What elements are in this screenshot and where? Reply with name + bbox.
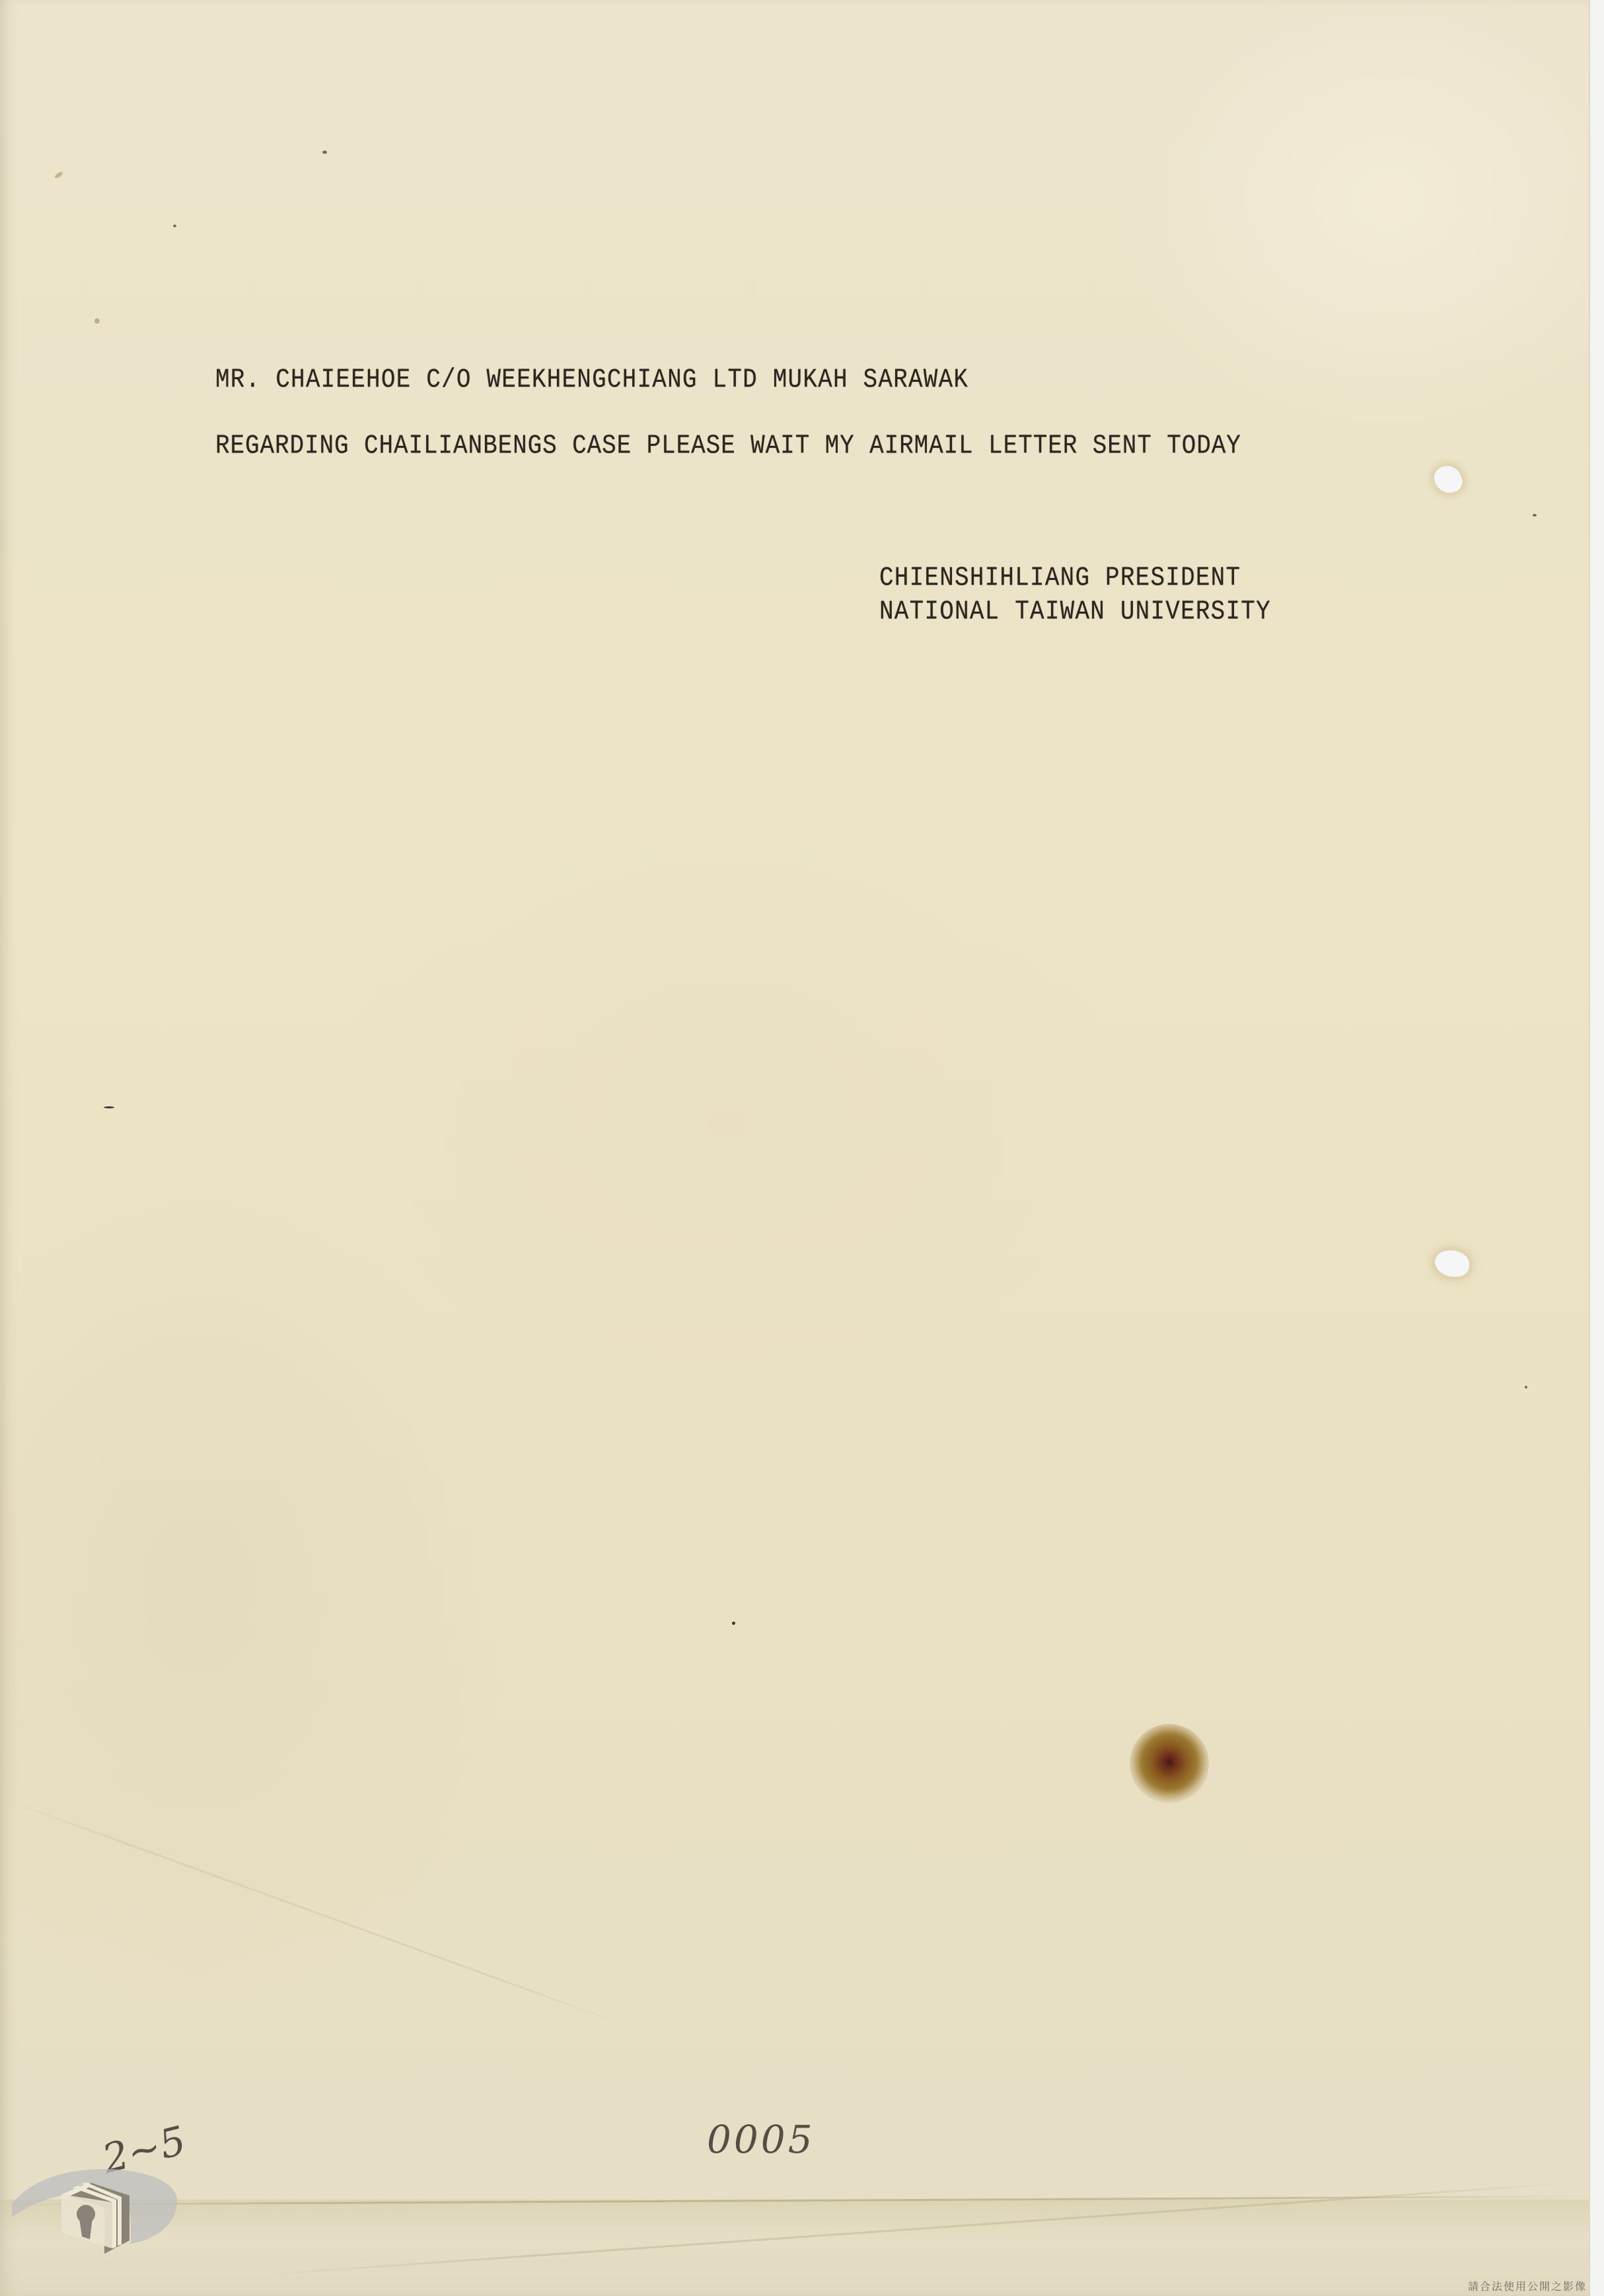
- scanned-letter-page: MR. CHAIEEHOE C/O WEEKHENGCHIANG LTD MUK…: [0, 0, 1589, 2296]
- paper-speck: [173, 225, 176, 227]
- paper-speck: [1533, 514, 1537, 517]
- message-body-line: REGARDING CHAILIANBENGS CASE PLEASE WAIT…: [215, 431, 1241, 461]
- rust-stain: [1130, 1724, 1209, 1803]
- paper-speck: [322, 151, 327, 154]
- paper-speck: [1525, 1386, 1527, 1388]
- paper-speck: [104, 1106, 114, 1108]
- paper-tear-hole: [1431, 462, 1465, 497]
- handwritten-page-number: 0005: [707, 2117, 815, 2162]
- usage-notice-watermark: 請合法使用公開之影像: [1468, 2278, 1587, 2293]
- scan-margin: [1589, 0, 1604, 2296]
- paper-tear-hole: [1435, 1250, 1469, 1277]
- bottom-fold-shading: [0, 2200, 1589, 2296]
- paper-speck: [732, 1622, 735, 1625]
- paper-speck: [54, 171, 64, 180]
- addressee-line: MR. CHAIEEHOE C/O WEEKHENGCHIANG LTD MUK…: [215, 365, 968, 395]
- paper-crease: [0, 1797, 621, 2025]
- archive-books-keyhole-logo-icon: [12, 2155, 177, 2260]
- signature-institution: NATIONAL TAIWAN UNIVERSITY: [879, 596, 1271, 627]
- signature-name-title: CHIENSHIHLIANG PRESIDENT: [879, 563, 1241, 593]
- paper-speck: [94, 318, 100, 324]
